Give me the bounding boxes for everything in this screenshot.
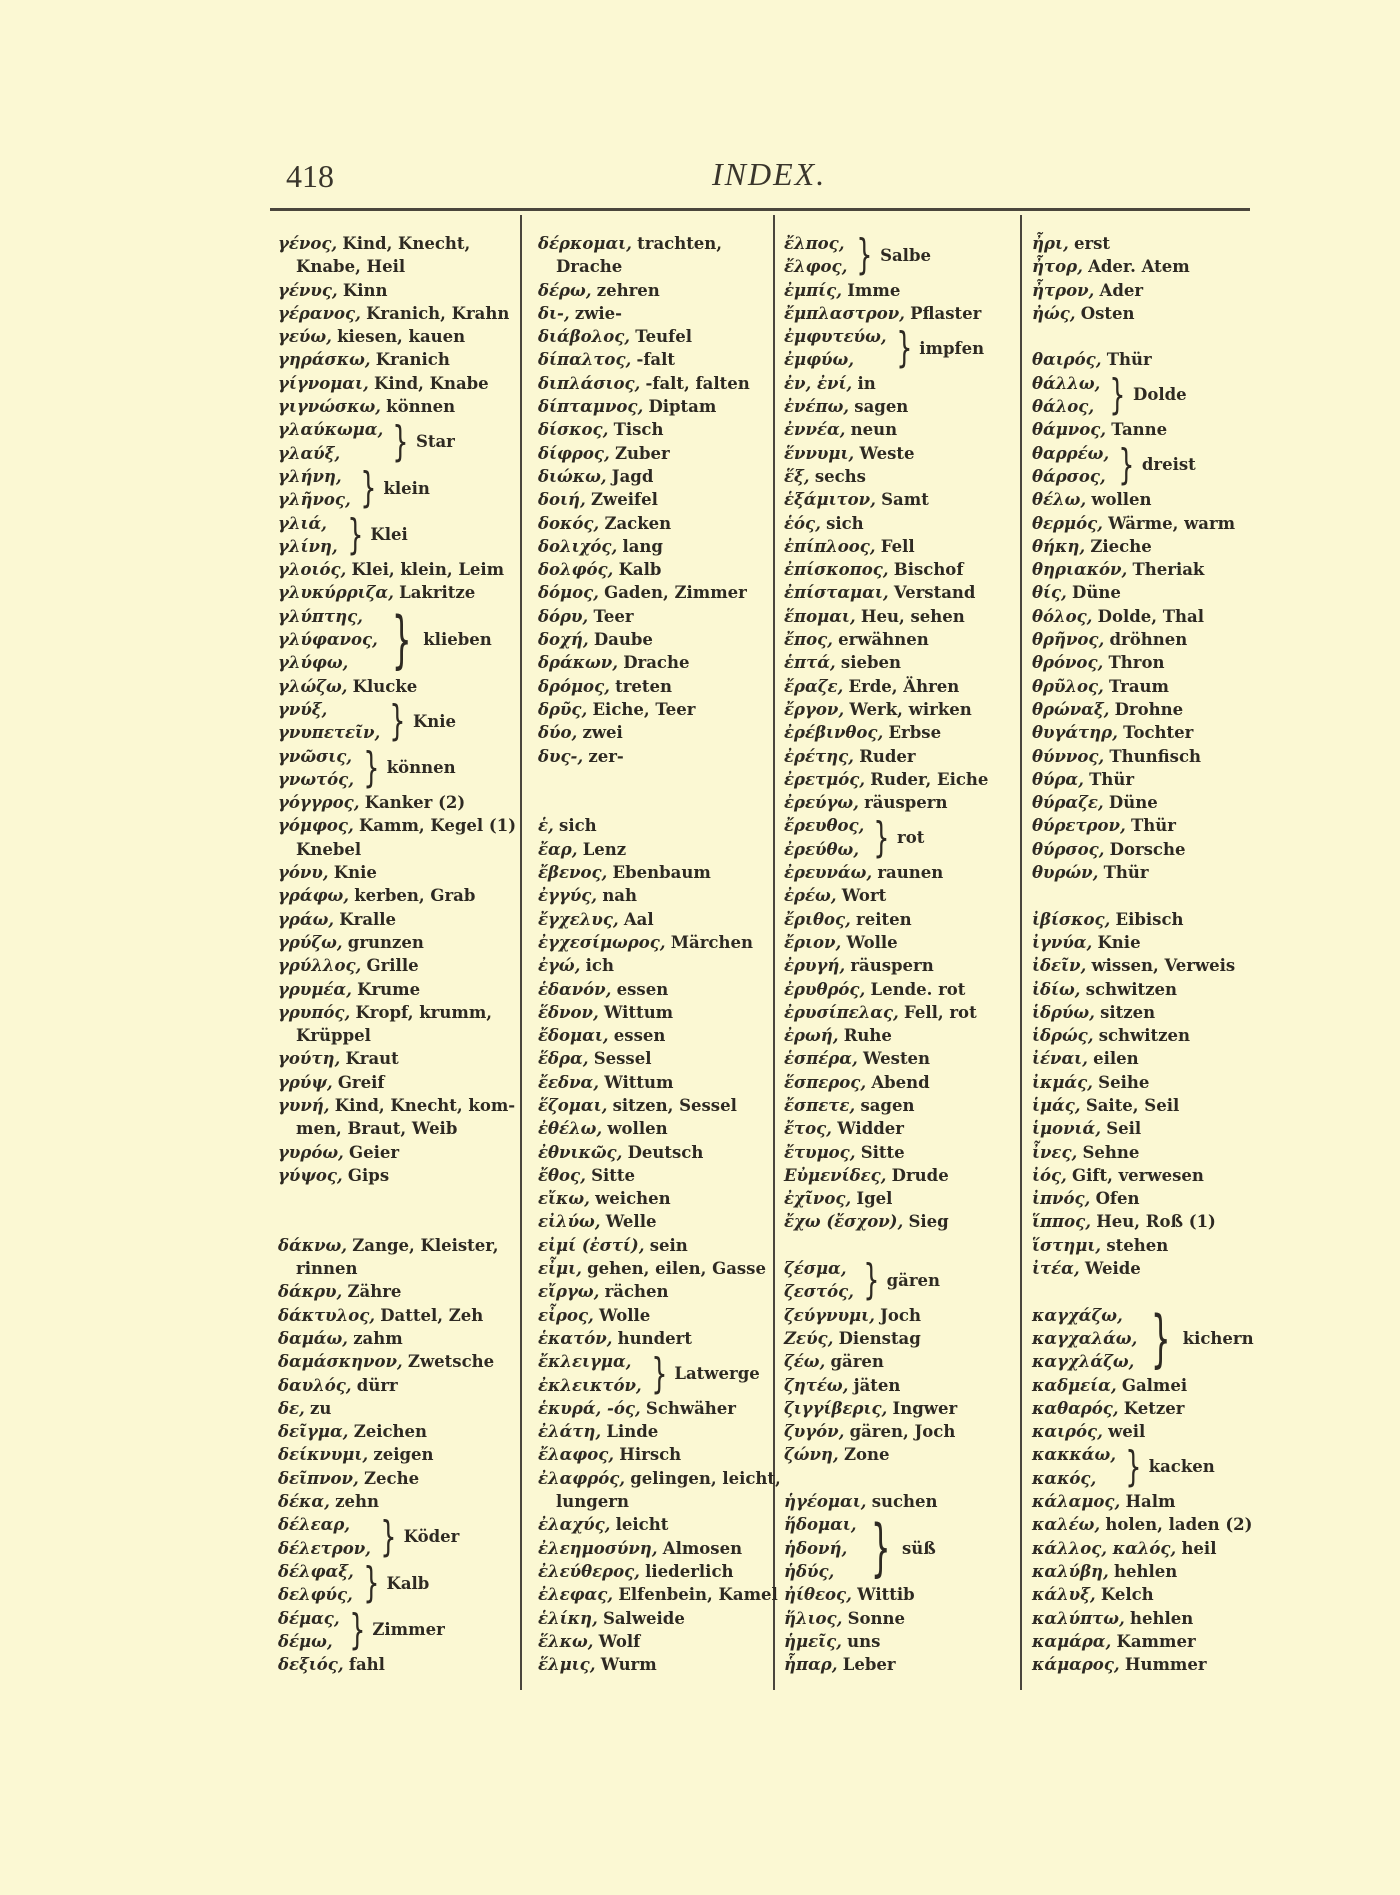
greek-headword: ἔχω (ἔσχον),	[784, 1212, 903, 1231]
german-gloss: Ruhe	[844, 1026, 892, 1045]
greek-headword: ἐνέπω,	[784, 397, 849, 416]
german-gloss: können	[387, 756, 456, 779]
german-gloss: Fell, rot	[904, 1003, 977, 1022]
greek-headword: γρύζω,	[278, 933, 343, 952]
index-entry: ἱμονιά, Seil	[1032, 1117, 1272, 1140]
index-entry: δαμάσκηνον, Zwetsche	[278, 1350, 518, 1373]
greek-headword: καγχλάζω,	[1032, 1350, 1137, 1373]
right-brace-icon: }	[896, 327, 912, 369]
index-entry-group: κακκάω,κακός,}kacken	[1032, 1443, 1272, 1490]
index-entry: ἐπίσταμαι, Verstand	[784, 581, 1016, 604]
german-gloss: Joch	[880, 1306, 921, 1325]
german-gloss: wollen	[1091, 490, 1151, 509]
greek-headword: ἥλιος,	[784, 1609, 842, 1628]
german-gloss: Kinn	[343, 281, 388, 300]
german-gloss: Kind, Knabe	[374, 374, 489, 393]
index-entry-group: δέλεαρ,δέλετρον,}Köder	[278, 1513, 518, 1560]
german-gloss: Kropf, krumm,	[355, 1003, 492, 1022]
right-brace-icon: }	[1118, 444, 1134, 486]
index-entry: ἑός, sich	[784, 512, 1016, 535]
greek-headword: δολιχός,	[538, 537, 617, 556]
index-entry-group: θαρρέω,θάρσος,}dreist	[1032, 442, 1272, 489]
german-gloss: Ader. Atem	[1088, 257, 1190, 276]
german-gloss: Zuber	[615, 444, 670, 463]
greek-headword: γύψος,	[278, 1166, 343, 1185]
greek-headword: ἕννυμι,	[784, 444, 854, 463]
index-entry: ἡγέομαι, suchen	[784, 1490, 1016, 1513]
greek-headword: ἐλεημοσύνη,	[538, 1539, 658, 1558]
header-rule	[270, 208, 1250, 211]
index-entry: ἡμεῖς, uns	[784, 1630, 1016, 1653]
index-entry: ἐγγύς, nah	[538, 884, 768, 907]
index-entry: ἰδεῖν, wissen, Verweis	[1032, 954, 1272, 977]
greek-headword: δάκρυ,	[278, 1282, 342, 1301]
right-brace-icon: }	[874, 817, 890, 859]
index-entry: ἕζομαι, sitzen, Sessel	[538, 1094, 768, 1117]
index-entry: καλέω, holen, laden (2)	[1032, 1513, 1272, 1536]
greek-headword: ἱδρώς,	[1032, 1026, 1093, 1045]
index-entry: γόγγρος, Kanker (2)	[278, 791, 518, 814]
greek-headword: θυρών,	[1032, 863, 1098, 882]
index-entry: εἰλύω, Welle	[538, 1210, 768, 1233]
german-gloss: Galmei	[1122, 1376, 1187, 1395]
german-gloss: essen	[614, 1026, 666, 1045]
greek-headword: κάλλος, καλός,	[1032, 1539, 1176, 1558]
german-gloss: Igel	[856, 1189, 892, 1208]
index-entry: ἐλεημοσύνη, Almosen	[538, 1537, 768, 1560]
german-gloss: Erde, Ähren	[849, 677, 960, 696]
german-gloss: Thür	[1104, 863, 1149, 882]
greek-headword: γυνή,	[278, 1096, 330, 1115]
greek-headword: δεῖπνον,	[278, 1469, 359, 1488]
german-gloss: Knabe, Heil	[296, 257, 405, 276]
greek-headword: κάλυξ,	[1032, 1585, 1096, 1604]
index-entry: δύο, zwei	[538, 721, 768, 744]
index-entry: ἐλαχύς, leicht	[538, 1513, 768, 1536]
german-gloss: sagen	[854, 397, 908, 416]
german-gloss: Sehne	[1083, 1143, 1140, 1162]
greek-headword: δύο,	[538, 723, 577, 742]
index-entry: καθαρός, Ketzer	[1032, 1397, 1272, 1420]
german-gloss: Saite, Seil	[1086, 1096, 1179, 1115]
index-entry: δράκων, Drache	[538, 651, 768, 674]
greek-headword: ἑ,	[538, 816, 554, 835]
greek-headword: γηράσκω,	[278, 350, 371, 369]
index-entry: ἑπτά, sieben	[784, 651, 1016, 674]
german-gloss: stehen	[1106, 1236, 1168, 1255]
index-entry: θόλος, Dolde, Thal	[1032, 605, 1272, 628]
greek-headword: ἠώς,	[1032, 304, 1076, 323]
german-gloss: Drache	[556, 257, 622, 276]
greek-headword: ζέω,	[784, 1352, 825, 1371]
section-gap	[1032, 1280, 1272, 1303]
index-entry: ἔτυμος, Sitte	[784, 1141, 1016, 1164]
greek-headword: γνύξ,	[278, 698, 380, 721]
german-gloss: Star	[416, 430, 455, 453]
greek-headword: ζητέω,	[784, 1376, 848, 1395]
german-gloss: Westen	[863, 1049, 930, 1068]
greek-headword: ἐθέλω,	[538, 1119, 602, 1138]
index-entry: ἔπος, erwähnen	[784, 628, 1016, 651]
index-entry: Ζεύς, Dienstag	[784, 1327, 1016, 1350]
greek-headword: δίπταμνος,	[538, 397, 643, 416]
german-gloss: Kalb	[386, 1572, 429, 1595]
index-entry: γυνή, Kind, Knecht, kom-	[278, 1094, 518, 1117]
greek-headword: θρώναξ,	[1032, 700, 1109, 719]
index-entry: ἐρέω, Wort	[784, 884, 1016, 907]
greek-headword: δυς-,	[538, 747, 583, 766]
greek-headword: δαμάσκηνον,	[278, 1352, 403, 1371]
german-gloss: Theriak	[1132, 560, 1204, 579]
index-entry: θρῦλος, Traum	[1032, 675, 1272, 698]
index-entry-continuation: men, Braut, Weib	[278, 1117, 518, 1140]
greek-headword: ζέσμα,	[784, 1257, 854, 1280]
greek-headword: δι-,	[538, 304, 570, 323]
german-gloss: Ruder	[859, 747, 915, 766]
greek-headword: ἐλάτη,	[538, 1422, 601, 1441]
index-entry: ἰέναι, eilen	[1032, 1047, 1272, 1070]
german-gloss: neun	[851, 420, 898, 439]
index-entry: καλύπτω, hehlen	[1032, 1607, 1272, 1630]
greek-headword: ἔτος,	[784, 1119, 832, 1138]
greek-headword: εἰλύω,	[538, 1212, 601, 1231]
german-gloss: sieben	[841, 653, 901, 672]
german-gloss: kiesen, kauen	[337, 327, 465, 346]
right-brace-icon: }	[363, 747, 379, 789]
greek-headword: ἔλφος,	[784, 255, 847, 278]
greek-headword: γένος,	[278, 234, 337, 253]
index-entry: δάκνω, Zange, Kleister,	[278, 1234, 518, 1257]
german-gloss: sagen	[860, 1096, 914, 1115]
index-entry: θηριακόν, Theriak	[1032, 558, 1272, 581]
greek-headword: θάλος,	[1032, 395, 1100, 418]
greek-headword: γλαύξ,	[278, 442, 383, 465]
greek-headword: ἦτορ,	[1032, 257, 1083, 276]
index-entry: ζεύγνυμι, Joch	[784, 1304, 1016, 1327]
index-entry: ἔεδνα, Wittum	[538, 1071, 768, 1094]
index-entry: ἦρι, erst	[1032, 232, 1272, 255]
index-entry: ἔμπλαστρον, Pflaster	[784, 302, 1016, 325]
greek-headword: καγχάζω,	[1032, 1304, 1137, 1327]
index-entry: δίφρος, Zuber	[538, 442, 768, 465]
right-brace-icon: }	[857, 234, 873, 276]
german-gloss: Drohne	[1115, 700, 1184, 719]
german-gloss: eilen	[1093, 1049, 1139, 1068]
german-gloss: zahm	[353, 1329, 403, 1348]
greek-headword: ἔεδνα,	[538, 1073, 599, 1092]
index-entry-continuation: Knabe, Heil	[278, 255, 518, 278]
greek-headword: ἕδρα,	[538, 1049, 588, 1068]
greek-headword: ἐκλεικτόν,	[538, 1374, 642, 1397]
greek-headword: θάμνος,	[1032, 420, 1106, 439]
index-entry: ἱμάς, Saite, Seil	[1032, 1094, 1272, 1117]
index-entry: ἐθέλω, wollen	[538, 1117, 768, 1140]
index-entry: εἴργω, rächen	[538, 1280, 768, 1303]
index-entry: ἕπομαι, Heu, sehen	[784, 605, 1016, 628]
greek-headword: θάλλω,	[1032, 372, 1100, 395]
german-gloss: Seihe	[1098, 1073, 1149, 1092]
german-gloss: nah	[602, 886, 637, 905]
greek-headword: γόνυ,	[278, 863, 329, 882]
greek-headword: ἐθνικῶς,	[538, 1143, 622, 1162]
greek-headword: ἑδανόν,	[538, 980, 611, 999]
german-gloss: Weide	[1085, 1259, 1141, 1278]
german-gloss: Deutsch	[628, 1143, 704, 1162]
index-entry: δάκρυ, Zähre	[278, 1280, 518, 1303]
greek-headword: ἔρευθος,	[784, 814, 864, 837]
german-gloss: Ebenbaum	[613, 863, 711, 882]
index-entry: δοιή, Zweifel	[538, 488, 768, 511]
greek-headword: εἴργω,	[538, 1282, 599, 1301]
index-entry: καιρός, weil	[1032, 1420, 1272, 1443]
greek-headword: θύρετρον,	[1032, 816, 1126, 835]
section-gap	[538, 791, 768, 814]
index-entry: δοκός, Zacken	[538, 512, 768, 535]
greek-headword: γρύλλος,	[278, 956, 361, 975]
index-entry: ἐρέβινθος, Erbse	[784, 721, 1016, 744]
greek-headword: εἰμί (ἐστί),	[538, 1236, 644, 1255]
german-gloss: Weste	[859, 444, 914, 463]
greek-headword: καδμεία,	[1032, 1376, 1117, 1395]
german-gloss: impfen	[919, 337, 984, 360]
index-entry: γυρόω, Geier	[278, 1141, 518, 1164]
greek-headword: δοχή,	[538, 630, 589, 649]
greek-headword: ἔριθος,	[784, 910, 851, 929]
greek-headword: ἵστημι,	[1032, 1236, 1101, 1255]
greek-headword: ἥδομαι,	[784, 1513, 857, 1536]
greek-headword: δέλφαξ,	[278, 1560, 354, 1583]
greek-headword: ἰκμάς,	[1032, 1073, 1093, 1092]
german-gloss: Ingwer	[893, 1399, 958, 1418]
greek-headword: ἔθος,	[538, 1166, 586, 1185]
greek-headword: δέμω,	[278, 1630, 340, 1653]
greek-headword: γέρανος,	[278, 304, 361, 323]
german-gloss: Drude	[892, 1166, 949, 1185]
greek-headword: διάβολος,	[538, 327, 630, 346]
greek-headword: δελφύς,	[278, 1583, 354, 1606]
german-gloss: gelingen, leicht,	[630, 1469, 781, 1488]
index-entry: ἔραζε, Erde, Ähren	[784, 675, 1016, 698]
greek-headword: ἐρεύγω,	[784, 793, 859, 812]
german-gloss: Wolf	[599, 1632, 641, 1651]
greek-headword: δρόμος,	[538, 677, 610, 696]
greek-headword: ἰός,	[1032, 1166, 1067, 1185]
greek-headword: καθαρός,	[1032, 1399, 1119, 1418]
greek-headword: γνῶσις,	[278, 745, 354, 768]
index-entry: θάμνος, Tanne	[1032, 418, 1272, 441]
index-entry: δρόμος, treten	[538, 675, 768, 698]
german-gloss: essen	[617, 980, 669, 999]
german-gloss: uns	[847, 1632, 880, 1651]
index-entry: ἔριον, Wolle	[784, 931, 1016, 954]
index-entry: δαυλός, dürr	[278, 1374, 518, 1397]
greek-headword: ζεστός,	[784, 1280, 854, 1303]
index-entry: ἔθος, Sitte	[538, 1164, 768, 1187]
german-gloss: Kind, Knecht,	[342, 234, 470, 253]
german-gloss: zehren	[597, 281, 660, 300]
index-entry: ἐλεύθερος, liederlich	[538, 1560, 768, 1583]
german-gloss: Kanker (2)	[365, 793, 466, 812]
german-gloss: Dattel, Zeh	[380, 1306, 483, 1325]
german-gloss: Eibisch	[1116, 910, 1184, 929]
german-gloss: Dienstag	[839, 1329, 921, 1348]
index-entry: ἵππος, Heu, Roß (1)	[1032, 1210, 1272, 1233]
index-entry: κάλαμος, Halm	[1032, 1490, 1272, 1513]
german-gloss: zu	[310, 1399, 331, 1418]
greek-headword: ἐρευνάω,	[784, 863, 872, 882]
right-brace-icon: }	[392, 609, 412, 671]
index-entry: ἠίθεος, Wittib	[784, 1583, 1016, 1606]
greek-headword: γένυς,	[278, 281, 338, 300]
index-entry: γράω, Kralle	[278, 908, 518, 931]
greek-headword: θαιρός,	[1032, 350, 1101, 369]
greek-headword: ἡδύς,	[784, 1560, 857, 1583]
german-gloss: Teufel	[635, 327, 692, 346]
german-gloss: Märchen	[671, 933, 753, 952]
index-entry: ἐχῖνος, Igel	[784, 1187, 1016, 1210]
greek-headword: δέρω,	[538, 281, 591, 300]
running-head-title: INDEX.	[712, 156, 826, 193]
german-gloss: gehen, eilen, Gasse	[587, 1259, 766, 1278]
index-entry-group: καγχάζω,καγχαλάω,καγχλάζω,}kichern	[1032, 1304, 1272, 1374]
german-gloss: Schwäher	[646, 1399, 736, 1418]
section-gap	[784, 1467, 1016, 1490]
greek-headword: δίσκος,	[538, 420, 608, 439]
index-entry-group: γνῶσις,γνωτός,}können	[278, 745, 518, 792]
index-entry: ἑ, sich	[538, 814, 768, 837]
german-gloss: Verstand	[894, 583, 976, 602]
greek-headword: κάμαρος,	[1032, 1655, 1120, 1674]
german-gloss: jäten	[854, 1376, 901, 1395]
index-entry: θαιρός, Thür	[1032, 348, 1272, 371]
german-gloss: klieben	[423, 628, 492, 651]
german-gloss: zehn	[335, 1492, 379, 1511]
index-entry: δείκνυμι, zeigen	[278, 1443, 518, 1466]
greek-headword: ἵππος,	[1032, 1212, 1091, 1231]
greek-headword: γρύψ,	[278, 1073, 333, 1092]
greek-headword: ἑσπέρα,	[784, 1049, 858, 1068]
greek-headword: ἔσπετε,	[784, 1096, 855, 1115]
index-entry: ἐννέα, neun	[784, 418, 1016, 441]
german-gloss: suchen	[872, 1492, 938, 1511]
german-gloss: Thron	[1108, 653, 1164, 672]
index-entry: γόμφος, Kamm, Kegel (1)	[278, 814, 518, 837]
german-gloss: Daube	[594, 630, 653, 649]
greek-headword: ἡδονή,	[784, 1537, 857, 1560]
index-entry: γρυμέα, Krume	[278, 978, 518, 1001]
greek-headword: ἐπίπλοος,	[784, 537, 876, 556]
greek-headword: ἑπτά,	[784, 653, 836, 672]
german-gloss: kichern	[1183, 1327, 1254, 1350]
right-brace-icon: }	[1151, 1308, 1171, 1370]
greek-headword: γράφω,	[278, 886, 349, 905]
greek-headword: ἐπίσκοπος,	[784, 560, 889, 579]
greek-headword: ἰτέα,	[1032, 1259, 1080, 1278]
section-gap	[538, 768, 768, 791]
index-entry: δέρκομαι, trachten,	[538, 232, 768, 255]
german-gloss: lang	[622, 537, 663, 556]
greek-headword: ἦρι,	[1032, 234, 1069, 253]
german-gloss: Latwerge	[674, 1362, 759, 1385]
greek-headword: γίγνομαι,	[278, 374, 369, 393]
greek-headword: ἔκλειγμα,	[538, 1350, 642, 1373]
index-entry: ἐλεφας, Elfenbein, Kamel	[538, 1583, 768, 1606]
section-gap	[278, 1187, 518, 1210]
index-entry: ἰβίσκος, Eibisch	[1032, 908, 1272, 931]
index-entry: δεῖγμα, Zeichen	[278, 1420, 518, 1443]
greek-headword: θόλος,	[1032, 607, 1092, 626]
greek-headword: θύραζε,	[1032, 793, 1104, 812]
index-entry: ἑλίκη, Salweide	[538, 1607, 768, 1630]
german-gloss: räuspern	[850, 956, 933, 975]
right-brace-icon: }	[380, 1516, 396, 1558]
index-entry: ἑκατόν, hundert	[538, 1327, 768, 1350]
german-gloss: Kalb	[619, 560, 662, 579]
index-entry: δεῖπνον, Zeche	[278, 1467, 518, 1490]
index-entry: θύννος, Thunfisch	[1032, 745, 1272, 768]
greek-headword: ἐλαφρός,	[538, 1469, 625, 1488]
index-entry: δέρω, zehren	[538, 279, 768, 302]
index-entry: γλυκύρριζα, Lakritze	[278, 581, 518, 604]
german-gloss: rächen	[605, 1282, 669, 1301]
index-entry: ζητέω, jäten	[784, 1374, 1016, 1397]
greek-headword: ἶνες,	[1032, 1143, 1077, 1162]
greek-headword: κακός,	[1032, 1467, 1116, 1490]
greek-headword: ἦτρον,	[1032, 281, 1094, 300]
german-gloss: Eiche, Teer	[592, 700, 695, 719]
greek-headword: δέμας,	[278, 1607, 340, 1630]
index-entry: γλώζω, Klucke	[278, 675, 518, 698]
index-entry: κάλλος, καλός, heil	[1032, 1537, 1272, 1560]
greek-headword: δοιή,	[538, 490, 586, 509]
index-entry-group: γλύπτης,γλύφανος,γλύφω,}klieben	[278, 605, 518, 675]
german-gloss: Salweide	[603, 1609, 685, 1628]
german-gloss: Leber	[843, 1655, 896, 1674]
german-gloss: Thür	[1131, 816, 1176, 835]
greek-headword: ἐρέβινθος,	[784, 723, 883, 742]
greek-headword: ἐρέτης,	[784, 747, 854, 766]
german-gloss: Sitte	[861, 1143, 905, 1162]
index-entry-group: ἐμφυτεύω,ἐμφύω,}impfen	[784, 325, 1016, 372]
index-entry: ἵστημι, stehen	[1032, 1234, 1272, 1257]
greek-headword: δίφρος,	[538, 444, 610, 463]
index-entry-group: γλαύκωμα,γλαύξ,}Star	[278, 418, 518, 465]
german-gloss: ich	[586, 956, 614, 975]
index-entry: ἦτορ, Ader. Atem	[1032, 255, 1272, 278]
index-entry: γρυπός, Kropf, krumm,	[278, 1001, 518, 1024]
index-entry: γηράσκω, Kranich	[278, 348, 518, 371]
german-gloss: Wort	[842, 886, 887, 905]
index-entry-group: γλήνη,γλῆνος,}klein	[278, 465, 518, 512]
german-gloss: hundert	[618, 1329, 692, 1348]
index-entry: γρύζω, grunzen	[278, 931, 518, 954]
section-gap	[1032, 325, 1272, 348]
index-entry: δι-, zwie-	[538, 302, 768, 325]
index-entry: ἰτέα, Weide	[1032, 1257, 1272, 1280]
german-gloss: Wittum	[604, 1073, 673, 1092]
german-gloss: Kammer	[1117, 1632, 1196, 1651]
index-entry: ἐθνικῶς, Deutsch	[538, 1141, 768, 1164]
greek-headword: ἕλκω,	[538, 1632, 593, 1651]
index-entry: θρώναξ, Drohne	[1032, 698, 1272, 721]
index-entry: ἕλκω, Wolf	[538, 1630, 768, 1653]
index-entry: ἐρωή, Ruhe	[784, 1024, 1016, 1047]
right-brace-icon: }	[393, 421, 409, 463]
index-entry: εἶμι, gehen, eilen, Gasse	[538, 1257, 768, 1280]
german-gloss: Tisch	[614, 420, 664, 439]
index-entry: ἐπίπλοος, Fell	[784, 535, 1016, 558]
greek-headword: δίπαλτος,	[538, 350, 631, 369]
